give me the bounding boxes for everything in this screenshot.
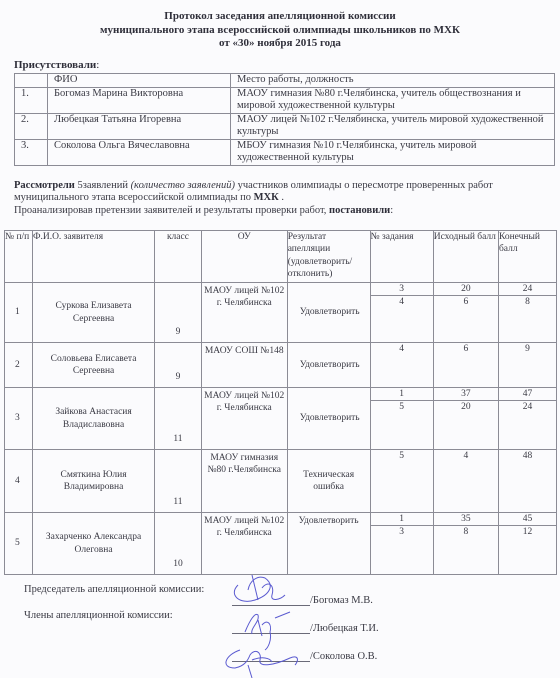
task-task: 5 (371, 401, 433, 414)
task-initial: 6 (434, 343, 498, 355)
member-fio: Богомаз Марина Викторовна (48, 87, 231, 113)
member-work: МБОУ гимназия №10 г.Челябинска, учитель … (231, 139, 555, 165)
title-line-1: Протокол заседания апелляционной комисси… (0, 10, 560, 24)
members-row: 1. Богомаз Марина Викторовна МАОУ гимназ… (15, 87, 555, 113)
member2-signature-line (232, 661, 310, 662)
appeal-class: 11 (155, 388, 202, 450)
subject-label: МХК (254, 192, 279, 203)
appeal-row: 4Смяткина Юлия Владимировна11МАОУ гимназ… (5, 450, 557, 513)
appeal-num: 5 (5, 513, 33, 575)
task-task: 3 (371, 283, 433, 296)
col-result: Результат апелляции (удовлетворить/ откл… (287, 231, 370, 283)
title-line-3: от «30» ноября 2015 года (0, 37, 560, 51)
chair-signature-line (232, 605, 310, 606)
appeal-row: 5Захарченко Александра Олеговна10МАОУ ли… (5, 513, 557, 575)
appeal-task-cell: 5 (370, 450, 433, 513)
appeal-final-cell: 248 (498, 283, 556, 343)
appeal-result: Удовлетворить (287, 283, 370, 343)
appeal-initial-cell: 6 (433, 343, 498, 388)
appeal-num: 4 (5, 450, 33, 513)
count-hint: (количество заявлений) (131, 180, 235, 191)
appeal-school: МАОУ гимназия №80 г.Челябинска (201, 450, 287, 513)
decision-text-part: . (279, 192, 284, 203)
member1-name: /Любецкая Т.И. (310, 623, 379, 634)
appeal-task-cell: 4 (370, 343, 433, 388)
appeal-class: 11 (155, 450, 202, 513)
title-line-2: муниципального этапа всероссийской олимп… (0, 24, 560, 38)
task-task: 1 (371, 513, 433, 526)
appeal-class: 10 (155, 513, 202, 575)
appeal-result: Техническая ошибка (287, 450, 370, 513)
task-final: 47 (499, 388, 556, 401)
appeal-class: 9 (155, 343, 202, 388)
task-final: 8 (499, 296, 556, 309)
appeal-fio: Зайкова Анастасия Владиславовна (32, 388, 154, 450)
appeal-final-cell: 4512 (498, 513, 556, 575)
task-initial: 20 (434, 401, 498, 414)
task-initial: 6 (434, 296, 498, 309)
task-final: 45 (499, 513, 556, 526)
present-label: Присутствовали: (14, 59, 99, 71)
member-work: МАОУ лицей №102 г.Челябинска, учитель ми… (231, 113, 555, 139)
chair-name: /Богомаз М.В. (310, 595, 373, 606)
appeal-result: Удовлетворить (287, 513, 370, 575)
task-task: 4 (371, 343, 433, 355)
task-task: 4 (371, 296, 433, 309)
appeal-school: МАОУ лицей №102 г. Челябинска (201, 388, 287, 450)
members-col-work: Место работы, должность (231, 74, 555, 88)
appeal-row: 1Суркова Елизавета Сергеевна9МАОУ лицей … (5, 283, 557, 343)
member1-signature-line (232, 633, 310, 634)
appeal-initial-cell: 4 (433, 450, 498, 513)
resolved-label: постановили (329, 205, 390, 216)
member2-name: /Соколова О.В. (310, 651, 377, 662)
col-num: № п/п (5, 231, 33, 283)
appeal-fio: Суркова Елизавета Сергеевна (32, 283, 154, 343)
task-initial: 20 (434, 283, 498, 296)
appeal-initial-cell: 358 (433, 513, 498, 575)
task-initial: 8 (434, 526, 498, 539)
chair-signature (234, 575, 285, 601)
appeal-task-cell: 13 (370, 513, 433, 575)
member-fio: Любецкая Татьяна Игоревна (48, 113, 231, 139)
appeal-num: 3 (5, 388, 33, 450)
task-final: 24 (499, 283, 556, 296)
task-task: 1 (371, 388, 433, 401)
appeal-row: 3Зайкова Анастасия Владиславовна11МАОУ л… (5, 388, 557, 450)
appeals-table: № п/п Ф.И.О. заявителя класс ОУ Результа… (4, 230, 557, 575)
members-label: Члены апелляционной комиссии: (24, 610, 173, 621)
task-initial: 35 (434, 513, 498, 526)
appeal-class: 9 (155, 283, 202, 343)
member-fio: Соколова Ольга Вячеславовна (48, 139, 231, 165)
considered-label: Рассмотрели (14, 180, 75, 191)
members-col-fio: ФИО (48, 74, 231, 88)
members-header-row: ФИО Место работы, должность (15, 74, 555, 88)
col-final: Конечный балл (498, 231, 556, 283)
appeal-task-cell: 34 (370, 283, 433, 343)
task-task: 3 (371, 526, 433, 539)
member-num: 1. (15, 87, 48, 113)
col-class: класс (155, 231, 202, 283)
col-task: № задания (370, 231, 433, 283)
appeal-school: МАОУ лицей №102 г. Челябинска (201, 283, 287, 343)
appeals-count: 5заявлений (75, 180, 131, 191)
appeal-school: МАОУ СОШ №148 (201, 343, 287, 388)
analysis-text: Проанализировав претензии заявителей и р… (14, 205, 329, 216)
members-table: ФИО Место работы, должность 1. Богомаз М… (14, 73, 555, 166)
col-initial: Исходный балл (433, 231, 498, 283)
task-final: 48 (499, 450, 556, 462)
appeal-final-cell: 4724 (498, 388, 556, 450)
appeal-final-cell: 9 (498, 343, 556, 388)
task-task: 5 (371, 450, 433, 462)
member-work: МАОУ гимназия №80 г.Челябинска, учитель … (231, 87, 555, 113)
appeal-school: МАОУ лицей №102 г. Челябинска (201, 513, 287, 575)
decision-colon: : (390, 205, 393, 216)
member-num: 2. (15, 113, 48, 139)
protocol-title: Протокол заседания апелляционной комисси… (0, 10, 560, 51)
task-final: 9 (499, 343, 556, 355)
task-final: 24 (499, 401, 556, 414)
appeal-task-cell: 15 (370, 388, 433, 450)
appeal-final-cell: 48 (498, 450, 556, 513)
appeal-num: 2 (5, 343, 33, 388)
task-initial: 4 (434, 450, 498, 462)
members-row: 2. Любецкая Татьяна Игоревна МАОУ лицей … (15, 113, 555, 139)
appeal-row: 2Соловьева Елисавета Сергеевна9МАОУ СОШ … (5, 343, 557, 388)
members-col-num (15, 74, 48, 88)
appeal-initial-cell: 206 (433, 283, 498, 343)
appeal-result: Удовлетворить (287, 388, 370, 450)
member2-signature (226, 650, 297, 678)
appeal-fio: Захарченко Александра Олеговна (32, 513, 154, 575)
handwritten-signatures (226, 575, 297, 678)
task-initial: 37 (434, 388, 498, 401)
col-fio: Ф.И.О. заявителя (32, 231, 154, 283)
member1-signature (245, 612, 290, 650)
task-final: 12 (499, 526, 556, 539)
appeal-num: 1 (5, 283, 33, 343)
appeals-header-row: № п/п Ф.И.О. заявителя класс ОУ Результа… (5, 231, 557, 283)
appeal-result: Удовлетворить (287, 343, 370, 388)
appeal-initial-cell: 3720 (433, 388, 498, 450)
member-num: 3. (15, 139, 48, 165)
members-row: 3. Соколова Ольга Вячеславовна МБОУ гимн… (15, 139, 555, 165)
decision-text: Рассмотрели 5заявлений (количество заявл… (14, 180, 554, 217)
appeal-fio: Смяткина Юлия Владимировна (32, 450, 154, 513)
col-school: ОУ (201, 231, 287, 283)
chair-label: Председатель апелляционной комиссии: (24, 584, 204, 595)
appeal-fio: Соловьева Елисавета Сергеевна (32, 343, 154, 388)
